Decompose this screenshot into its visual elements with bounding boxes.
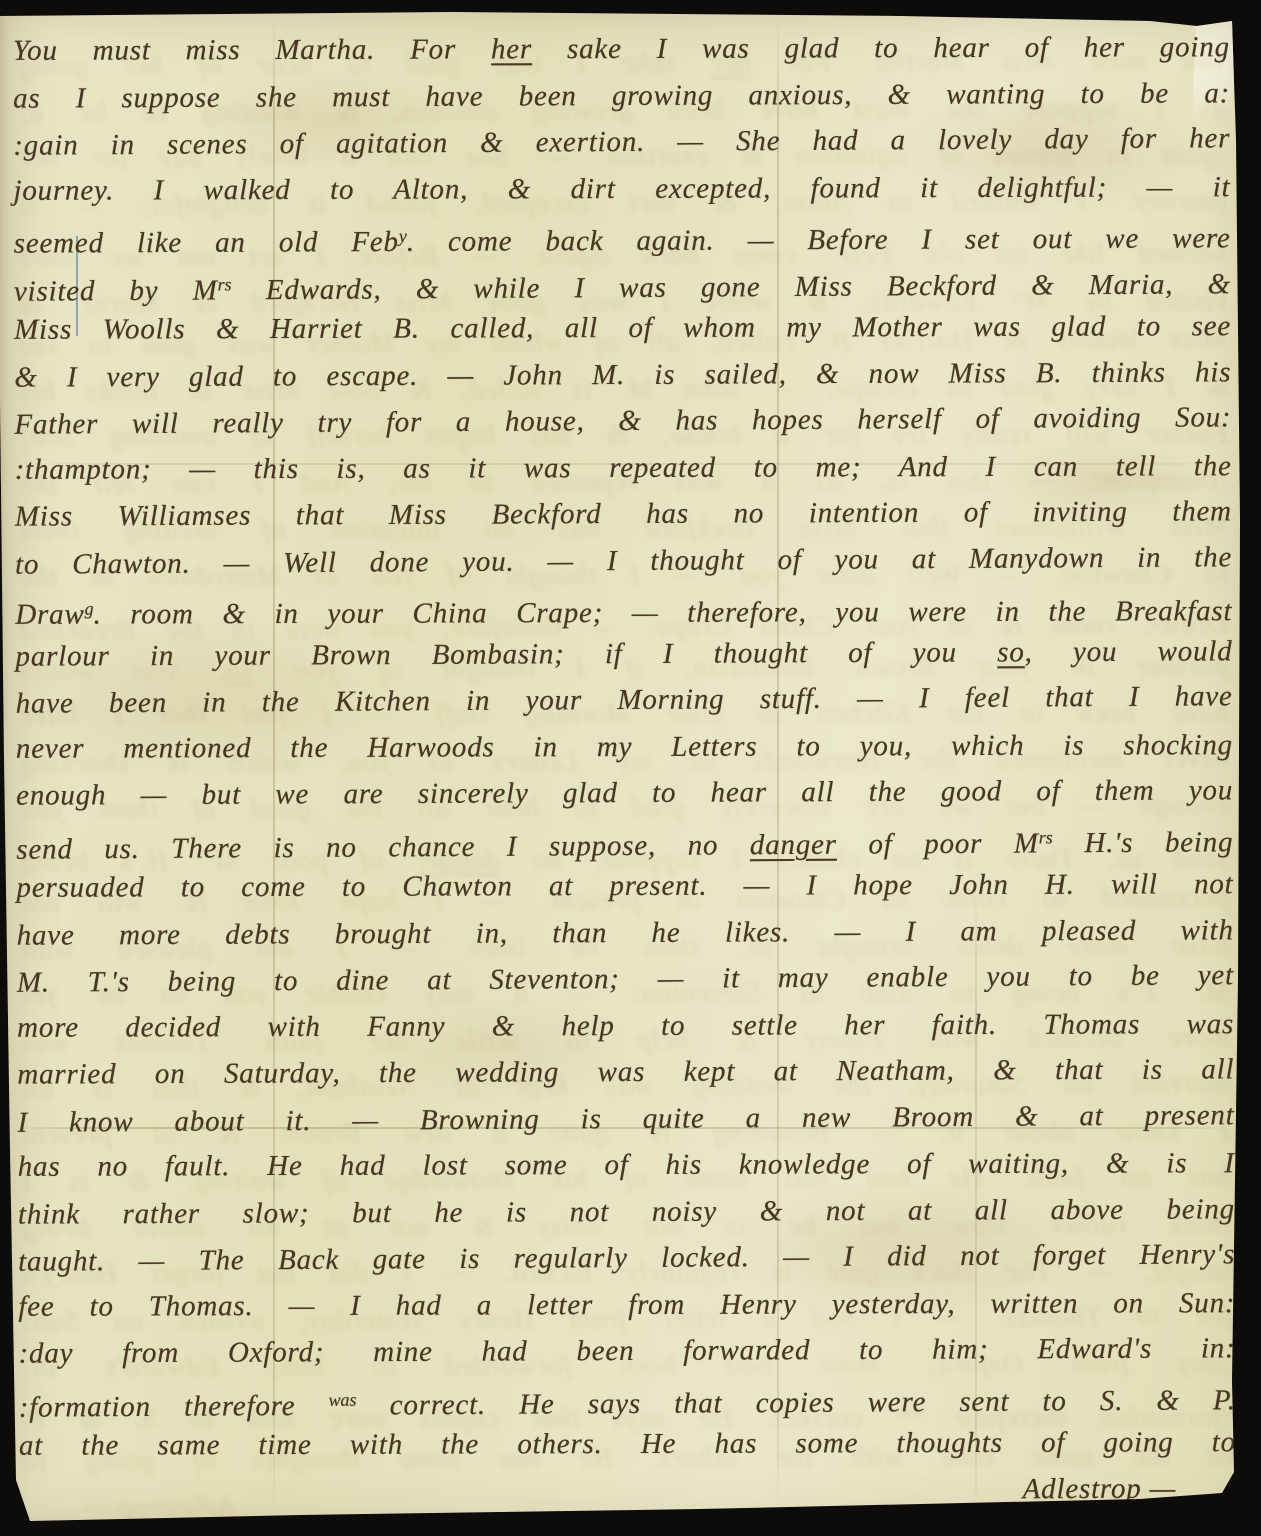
manuscript-line: persuaded to come to Chawton at present.… <box>16 861 1233 911</box>
manuscript-line: Adlestrop — <box>19 1465 1236 1517</box>
handwriting-text: has no fault. He had lost some of his kn… <box>18 1147 1235 1183</box>
underlined-word: danger <box>750 828 837 861</box>
manuscript-line: parlour in your Brown Bombasin; if I tho… <box>15 628 1232 680</box>
handwriting-text: H.'s being <box>1053 826 1234 859</box>
underlined-word: so <box>997 636 1025 668</box>
handwriting-text: I know about it. — Browning is quite a n… <box>17 1099 1234 1138</box>
manuscript-line: taught. — The Back gate is regularly loc… <box>18 1231 1235 1285</box>
handwriting-text: You must miss Martha. For <box>13 33 491 66</box>
manuscript-line: seemed like an old Feby. come back again… <box>14 209 1231 261</box>
manuscript-line: fee to Thomas. — I had a letter from Hen… <box>18 1280 1235 1330</box>
handwriting-text: . come back again. — Before I set out we… <box>407 222 1231 258</box>
handwriting-text: correct. He says that copies were sent t… <box>356 1384 1235 1421</box>
handwriting-text: have been in the Kitchen in your Morning… <box>16 680 1233 719</box>
underlined-word: her <box>491 33 532 65</box>
handwriting-text: to Chawton. — Well done you. — I thought… <box>15 541 1232 580</box>
manuscript-line: at the same time with the others. He has… <box>19 1419 1236 1469</box>
handwriting-text: taught. — The Back gate is regularly loc… <box>18 1238 1235 1277</box>
handwriting-text: Adlestrop — <box>1023 1472 1177 1505</box>
manuscript-line: never mentioned the Harwoods in my Lette… <box>16 722 1233 772</box>
manuscript-line: to Chawton. — Well done you. — I thought… <box>15 534 1232 588</box>
manuscript-line: have been in the Kitchen in your Morning… <box>16 673 1233 727</box>
manuscript-line: have more debts brought in, than he like… <box>17 907 1234 959</box>
handwriting-text: as I suppose she must have been growing … <box>13 77 1230 114</box>
manuscript-line: has no fault. He had lost some of his kn… <box>18 1140 1235 1190</box>
manuscript-line: M. T.'s being to dine at Steventon; — it… <box>17 952 1234 1006</box>
manuscript-line: Miss Williamses that Miss Beckford has n… <box>15 488 1232 540</box>
handwriting-text: persuaded to come to Chawton at present.… <box>16 868 1233 904</box>
letter-scan: You must miss Martha. For her sake I was… <box>0 0 1261 1536</box>
manuscript-line: enough — but we are sincerely glad to he… <box>16 767 1233 819</box>
manuscript-line: :gain in scenes of agitation & exertion.… <box>13 115 1230 169</box>
handwriting-text: Miss Williamses that Miss Beckford has n… <box>15 495 1232 532</box>
handwriting-text: sake I was glad to hear of her going <box>532 31 1230 65</box>
letter-lines: You must miss Martha. For her sake I was… <box>13 23 1236 1516</box>
handwriting-text: never mentioned the Harwoods in my Lette… <box>16 729 1233 765</box>
handwriting-text: at the same time with the others. He has… <box>19 1426 1236 1462</box>
manuscript-line: & I very glad to escape. — John M. is sa… <box>14 349 1231 401</box>
manuscript-line: I know about it. — Browning is quite a n… <box>17 1092 1234 1146</box>
manuscript-line: visited by Mrs Edwards, & while I was go… <box>14 255 1231 309</box>
handwriting-text: & I very glad to escape. — John M. is sa… <box>14 356 1231 393</box>
handwriting-text: :thampton; — this is, as it was repeated… <box>15 450 1232 486</box>
handwriting-text: Miss Woolls & Harriet B. called, all of … <box>14 310 1231 346</box>
superscript-text: y <box>399 226 407 246</box>
handwriting-text: M. T.'s being to dine at Steventon; — it… <box>17 959 1234 998</box>
superscript-text: rs <box>218 274 232 294</box>
manuscript-line: journey. I walked to Alton, & dirt excep… <box>13 164 1230 214</box>
handwriting-text: married on Saturday, the wedding was kep… <box>17 1053 1234 1090</box>
handwriting-text: :day from Oxford; mine had been forwarde… <box>18 1332 1235 1369</box>
handwriting-text: Draw <box>15 599 84 631</box>
manuscript-line: think rather slow; but he is not noisy &… <box>18 1186 1235 1238</box>
manuscript-line: Miss Woolls & Harriet B. called, all of … <box>14 303 1231 353</box>
handwriting-text: :gain in scenes of agitation & exertion.… <box>13 122 1230 161</box>
manuscript-line: You must miss Martha. For her sake I was… <box>13 24 1230 74</box>
handwriting-text: parlour in your Brown Bombasin; if I tho… <box>15 636 997 672</box>
handwriting-text: enough — but we are sincerely glad to he… <box>16 774 1233 811</box>
handwriting-text: , you would <box>1025 635 1233 668</box>
manuscript-line: more decided with Fanny & help to settle… <box>17 1001 1234 1051</box>
superscript-text: rs <box>1039 827 1053 847</box>
superscript-text: g <box>85 599 94 619</box>
handwriting-text: visited by M <box>14 274 218 307</box>
manuscript-line: :formation therefore was correct. He say… <box>19 1371 1236 1425</box>
manuscript-line: as I suppose she must have been growing … <box>13 70 1230 122</box>
manuscript-line: :day from Oxford; mine had been forwarde… <box>18 1325 1235 1377</box>
letter-paper: You must miss Martha. For her sake I was… <box>0 0 1261 1536</box>
handwriting-text: have more debts brought in, than he like… <box>17 914 1234 951</box>
manuscript-line: married on Saturday, the wedding was kep… <box>17 1046 1234 1098</box>
handwriting-text: more decided with Fanny & help to settle… <box>17 1008 1234 1044</box>
manuscript-line: Father will really try for a house, & ha… <box>14 394 1231 448</box>
handwriting-text: of poor M <box>837 827 1039 860</box>
manuscript-line: send us. There is no chance I suppose, n… <box>16 813 1233 867</box>
handwriting-text: fee to Thomas. — I had a letter from Hen… <box>18 1287 1235 1323</box>
handwriting-text: seemed like an old Feb <box>14 226 399 260</box>
handwriting-text: Edwards, & while I was gone Miss Beckfor… <box>232 268 1231 306</box>
handwriting-text: :formation therefore <box>19 1389 329 1423</box>
manuscript-line: :thampton; — this is, as it was repeated… <box>15 443 1232 493</box>
manuscript-line: Drawg. room & in your China Crape; — the… <box>15 582 1232 632</box>
handwriting-text: think rather slow; but he is not noisy &… <box>18 1193 1235 1230</box>
handwriting-text: Father will really try for a house, & ha… <box>14 401 1231 440</box>
handwriting-text: send us. There is no chance I suppose, n… <box>16 829 750 865</box>
handwriting-text: journey. I walked to Alton, & dirt excep… <box>13 171 1230 207</box>
handwriting-text: . room & in your China Crape; — therefor… <box>94 595 1233 630</box>
superscript-text: was <box>328 1389 356 1409</box>
